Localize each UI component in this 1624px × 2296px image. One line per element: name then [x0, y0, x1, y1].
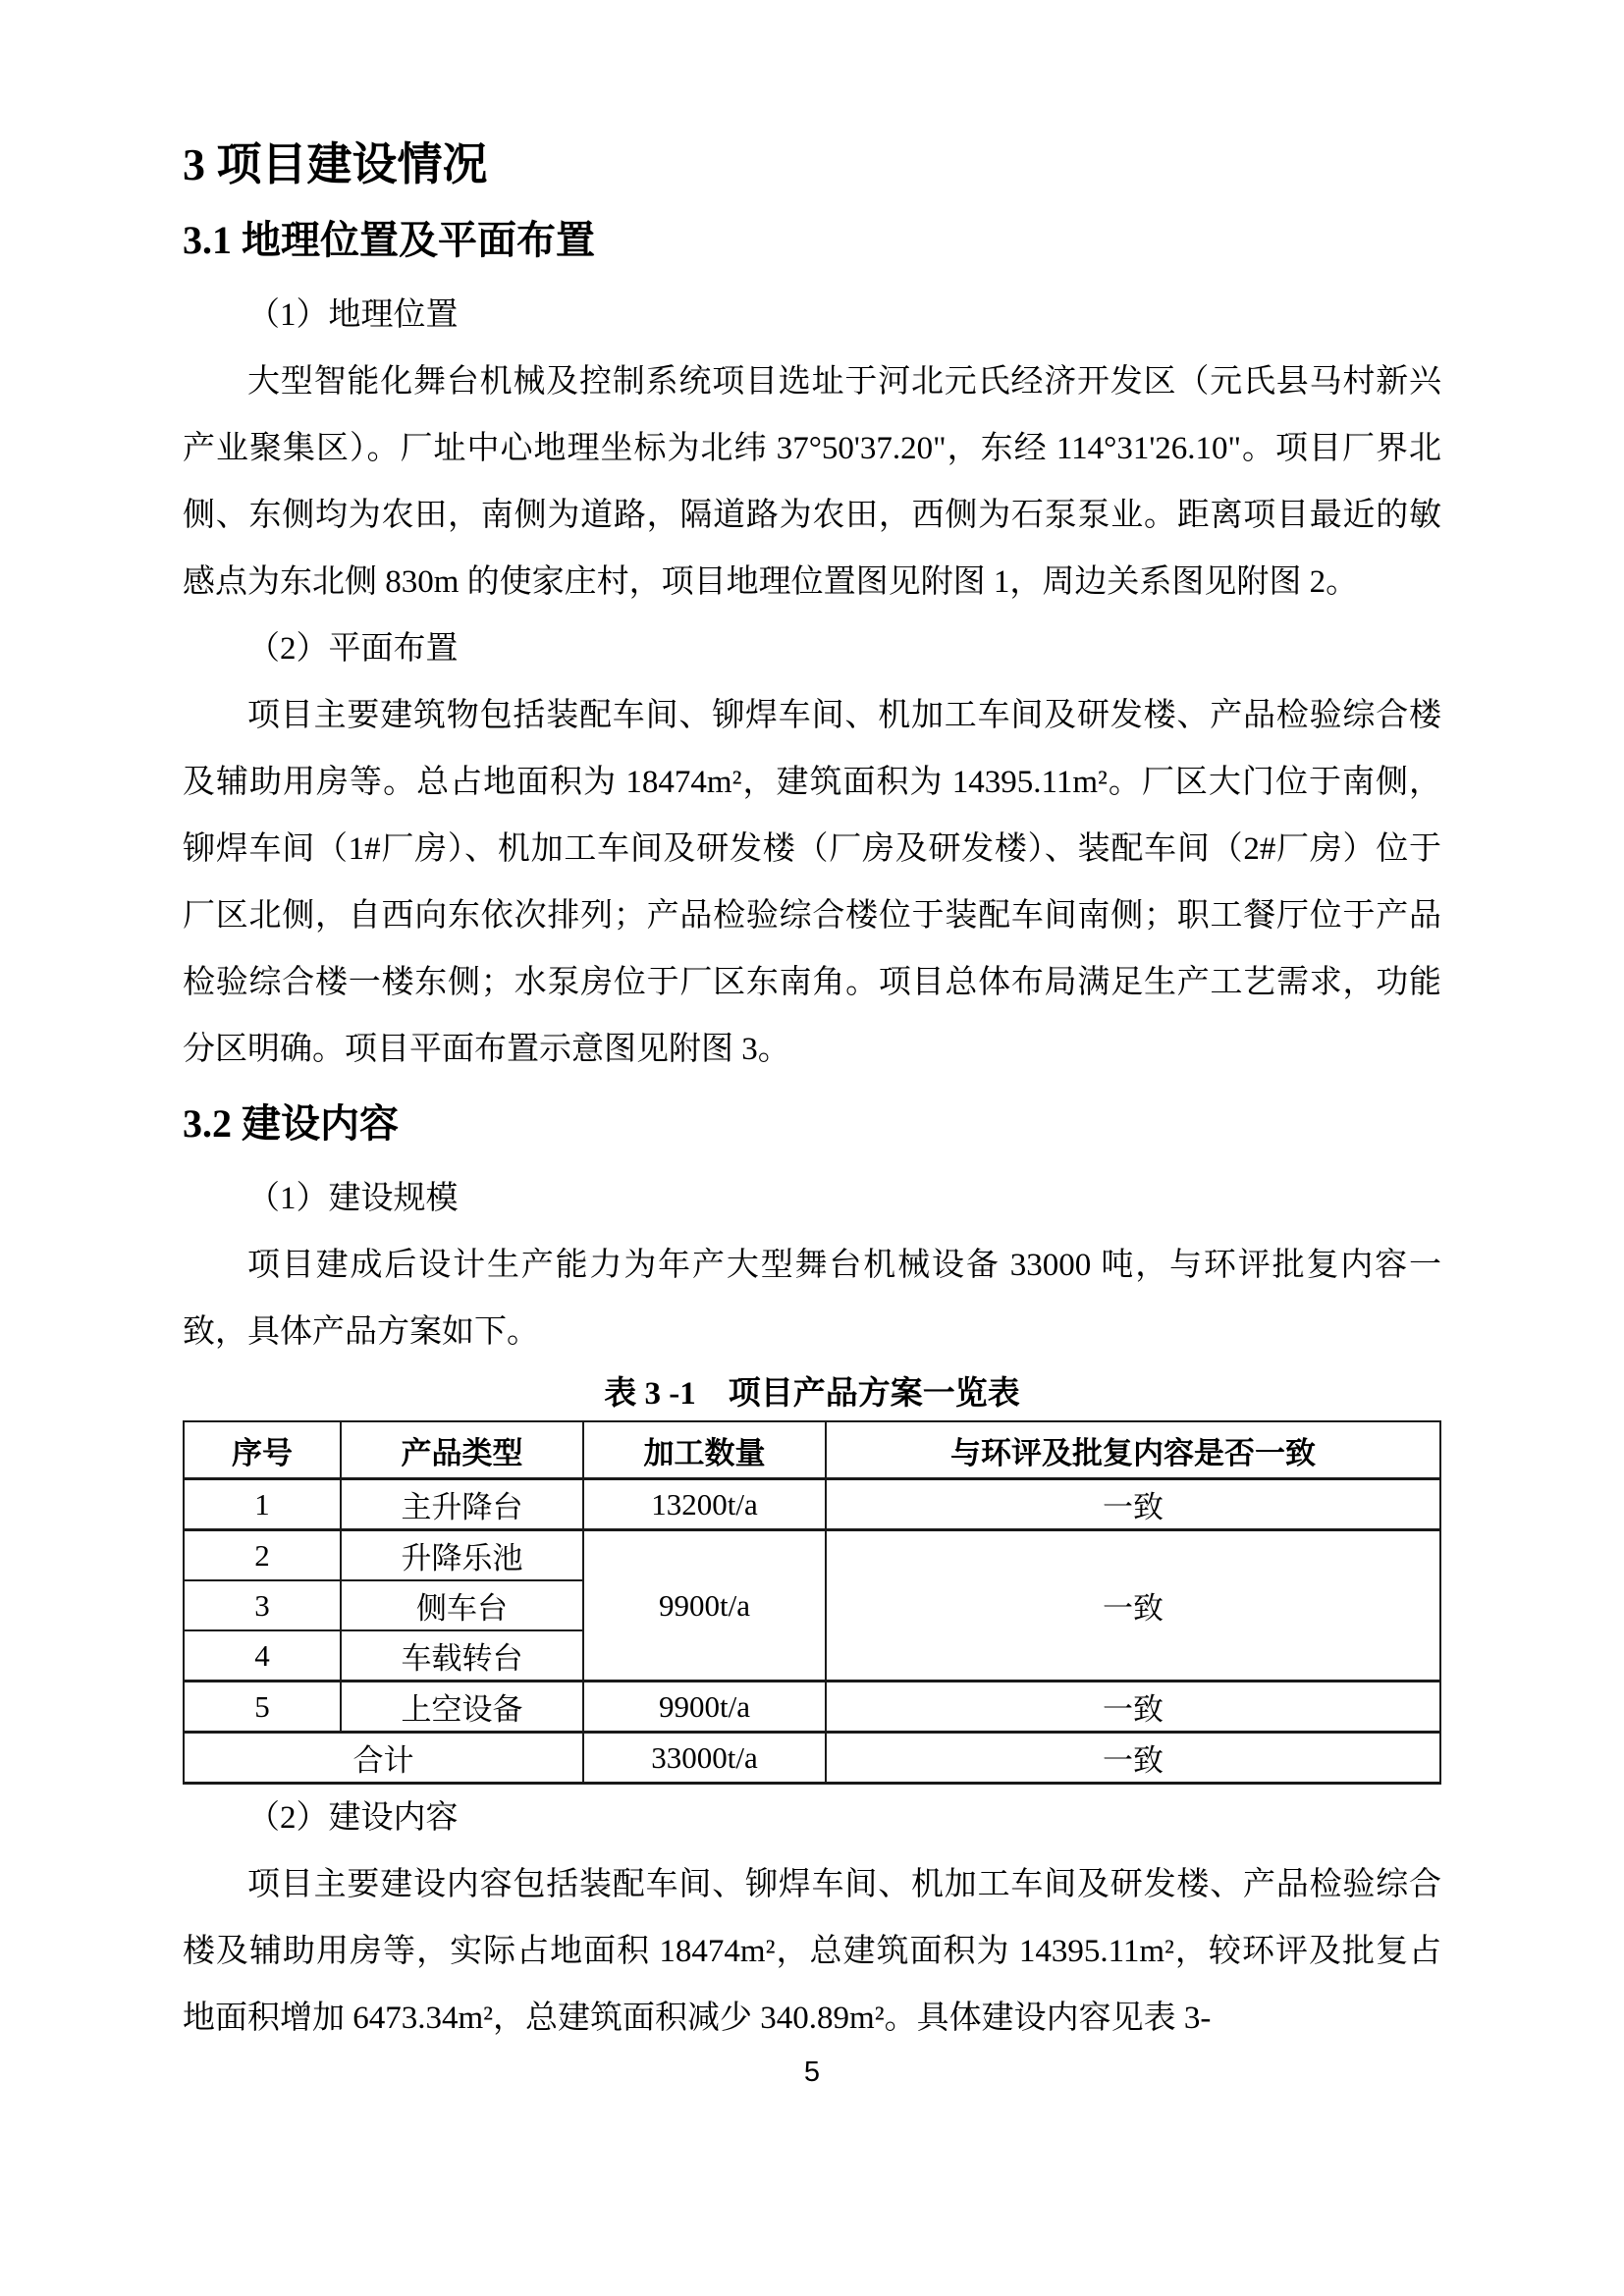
col-header-quantity: 加工数量	[583, 1421, 826, 1479]
subsection-label-content: （2）建设内容	[183, 1785, 1441, 1851]
table-header-row: 序号 产品类型 加工数量 与环评及批复内容是否一致	[184, 1421, 1440, 1479]
section-heading-3-1: 3.1 地理位置及平面布置	[183, 217, 1441, 264]
cell-total-consistency: 一致	[826, 1733, 1440, 1784]
col-header-product-type: 产品类型	[341, 1421, 583, 1479]
cell-quantity: 13200t/a	[583, 1479, 826, 1530]
page-number: 5	[0, 2056, 1624, 2089]
cell-consistency: 一致	[826, 1682, 1440, 1733]
cell-product-type: 车载转台	[341, 1630, 583, 1682]
col-header-consistency: 与环评及批复内容是否一致	[826, 1421, 1440, 1479]
cell-total-quantity: 33000t/a	[583, 1733, 826, 1784]
paragraph-construction-content: 项目主要建设内容包括装配车间、铆焊车间、机加工车间及研发楼、产品检验综合楼及辅助…	[183, 1851, 1441, 2052]
document-page: 3 项目建设情况 3.1 地理位置及平面布置 （1）地理位置 大型智能化舞台机械…	[0, 0, 1624, 2296]
table-total-row: 合计 33000t/a 一致	[184, 1733, 1440, 1784]
subsection-label-scale: （1）建设规模	[183, 1165, 1441, 1232]
cell-seq: 5	[184, 1682, 341, 1733]
table-row: 2 升降乐池 9900t/a 一致	[184, 1530, 1440, 1581]
table-row: 1 主升降台 13200t/a 一致	[184, 1479, 1440, 1530]
col-header-seq: 序号	[184, 1421, 341, 1479]
subsection-label-layout: （2）平面布置	[183, 615, 1441, 682]
cell-seq: 4	[184, 1630, 341, 1682]
cell-product-type: 上空设备	[341, 1682, 583, 1733]
subsection-label-geo: （1）地理位置	[183, 282, 1441, 348]
section-heading-3-2: 3.2 建设内容	[183, 1100, 1441, 1148]
table-caption: 表 3 -1 项目产品方案一览表	[183, 1371, 1441, 1416]
cell-product-type: 主升降台	[341, 1479, 583, 1530]
table-row: 5 上空设备 9900t/a 一致	[184, 1682, 1440, 1733]
paragraph-plane-layout: 项目主要建筑物包括装配车间、铆焊车间、机加工车间及研发楼、产品检验综合楼及辅助用…	[183, 682, 1441, 1083]
cell-product-type: 侧车台	[341, 1580, 583, 1630]
product-plan-table: 序号 产品类型 加工数量 与环评及批复内容是否一致 1 主升降台 13200t/…	[183, 1420, 1441, 1785]
chapter-heading: 3 项目建设情况	[183, 137, 1441, 191]
cell-quantity: 9900t/a	[583, 1682, 826, 1733]
paragraph-geo-location: 大型智能化舞台机械及控制系统项目选址于河北元氏经济开发区（元氏县马村新兴产业聚集…	[183, 348, 1441, 615]
cell-consistency: 一致	[826, 1479, 1440, 1530]
cell-seq: 1	[184, 1479, 341, 1530]
cell-seq: 2	[184, 1530, 341, 1581]
paragraph-construction-scale: 项目建成后设计生产能力为年产大型舞台机械设备 33000 吨，与环评批复内容一致…	[183, 1232, 1441, 1365]
cell-consistency-merged: 一致	[826, 1530, 1440, 1682]
cell-total-label: 合计	[184, 1733, 583, 1784]
cell-seq: 3	[184, 1580, 341, 1630]
cell-quantity-merged: 9900t/a	[583, 1530, 826, 1682]
cell-product-type: 升降乐池	[341, 1530, 583, 1581]
